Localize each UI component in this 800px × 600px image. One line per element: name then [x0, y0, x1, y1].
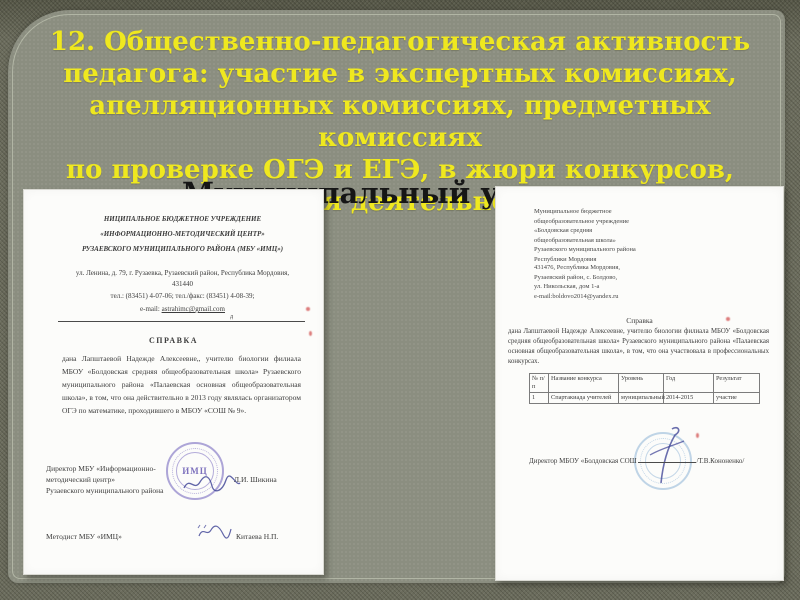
col-year: Год [664, 374, 714, 393]
director-name: /Т.В.Кононенко/ [696, 457, 744, 465]
right-document-scan: Муниципальное бюджетное общеобразователь… [495, 186, 784, 581]
email-address: astrahimc@gmail.com [162, 305, 225, 313]
org-line-2: общеобразовательное учреждение [534, 217, 773, 227]
title-line-3: апелляционных комиссиях, предметных коми… [24, 90, 776, 154]
contest-table: № п/п Название конкурса Уровень Год Резу… [529, 373, 760, 404]
letterhead-line-2: «ИНФОРМАЦИОННО-МЕТОДИЧЕСКИЙ ЦЕНТР» [52, 227, 313, 242]
slide-background: 12. Общественно-педагогическая активност… [0, 0, 800, 600]
left-document-scan: НИЦИПАЛЬНОЕ БЮДЖЕТНОЕ УЧРЕЖДЕНИЕ «ИНФОРМ… [23, 189, 324, 575]
ruled-line-char: д [230, 314, 233, 320]
left-doc-title: СПРАВКА [24, 336, 323, 345]
table-row: 1 Спартакиада учителей муниципальный 201… [530, 393, 760, 404]
title-line-1: 12. Общественно-педагогическая активност… [24, 26, 776, 58]
title-line-2: педагога: участие в экспертных комиссиях… [24, 58, 776, 90]
right-doc-title: Справка [496, 316, 783, 325]
left-doc-body: дана Лапштаевой Надежде Алексеевне,, учи… [62, 352, 301, 417]
cell-level: муниципальный [619, 393, 664, 404]
director-role: Директор МБОУ «Болдовская СОШ [529, 457, 637, 465]
email-prefix: e-mail: [140, 305, 160, 313]
cell-year: 2014-2015 [664, 393, 714, 404]
r-address-line-4: e-mail:boldovo2014@yandex.ru [534, 292, 773, 302]
letterhead-line-3: РУЗАЕВСКОГО МУНИЦИПАЛЬНОГО РАЙОНА (МБУ «… [52, 242, 313, 257]
cell-contest: Спартакиада учителей [549, 393, 619, 404]
red-speckle [309, 331, 312, 336]
org-line-5: Рузаевского муниципального района [534, 245, 773, 255]
left-doc-signer1-name: Л.И. Шикина [234, 475, 277, 484]
red-speckle [306, 307, 310, 311]
left-doc-email: e-mail: astrahimc@gmail.com [54, 305, 311, 313]
left-doc-signer2-name: Китаева Н.П. [236, 532, 278, 541]
signer1-role-line-3: Рузаевского муниципального района [46, 485, 163, 496]
right-doc-director-line: Директор МБОУ «Болдовская СОШ /Т.В.Конон… [529, 455, 775, 465]
col-number: № п/п [530, 374, 549, 393]
right-doc-address: 431476, Республика Мордовия, Рузаевский … [534, 263, 773, 301]
table-header-row: № п/п Название конкурса Уровень Год Резу… [530, 374, 760, 393]
left-doc-address: ул. Ленина, д. 79, г. Рузаевка, Рузаевск… [54, 268, 311, 290]
org-line-1: Муниципальное бюджетное [534, 207, 773, 217]
address-line-1: ул. Ленина, д. 79, г. Рузаевка, Рузаевск… [54, 268, 311, 279]
left-doc-signer1-role: Директор МБУ «Информационно- методически… [46, 463, 163, 496]
right-doc-body: дана Лапштаевой Надежде Алексеевне, учит… [508, 327, 769, 367]
red-speckle [726, 317, 730, 321]
r-address-line-1: 431476, Республика Мордовия, [534, 263, 773, 273]
signature-methodist-icon [196, 524, 232, 540]
red-speckle [696, 433, 699, 438]
ruled-line [58, 321, 305, 322]
r-address-line-2: Рузаевский район, с. Болдово, [534, 273, 773, 283]
left-doc-letterhead: НИЦИПАЛЬНОЕ БЮДЖЕТНОЕ УЧРЕЖДЕНИЕ «ИНФОРМ… [52, 212, 313, 257]
cell-number: 1 [530, 393, 549, 404]
signature-blank-line [638, 455, 696, 463]
cell-result: участие [714, 393, 760, 404]
letterhead-line-1: НИЦИПАЛЬНОЕ БЮДЖЕТНОЕ УЧРЕЖДЕНИЕ [52, 212, 313, 227]
r-address-line-3: ул. Никольская, дом 1-а [534, 282, 773, 292]
org-line-3: «Болдовская средняя [534, 226, 773, 236]
signer1-role-line-1: Директор МБУ «Информационно- [46, 463, 163, 474]
left-doc-signer2-role: Методист МБУ «ИМЦ» [46, 532, 122, 541]
org-line-4: общеобразовательная школа» [534, 236, 773, 246]
right-doc-letterhead: Муниципальное бюджетное общеобразователь… [534, 207, 773, 264]
col-result: Результат [714, 374, 760, 393]
col-contest: Название конкурса [549, 374, 619, 393]
col-level: Уровень [619, 374, 664, 393]
address-line-2: 431440 [54, 279, 311, 290]
left-doc-phone: тел.: (83451) 4-07-06; тел./факс: (83451… [54, 292, 311, 300]
signature-director-icon [182, 474, 242, 494]
signer1-role-line-2: методический центр» [46, 474, 163, 485]
